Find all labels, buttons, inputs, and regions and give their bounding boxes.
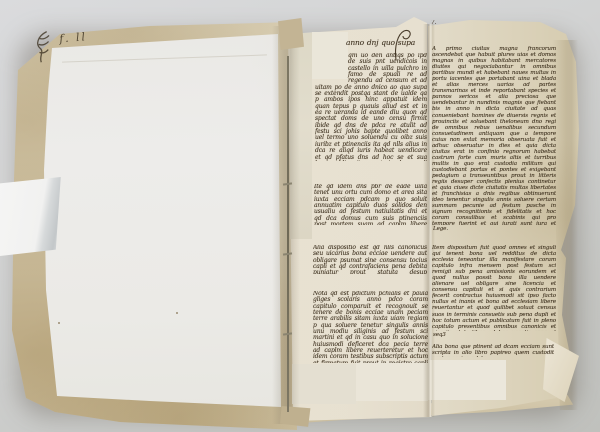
ink-speck xyxy=(176,312,178,314)
manuscript-paragraph: qm uo den antiqs po ipd de suis pnt uend… xyxy=(315,53,427,161)
paper-slip-bookmark xyxy=(0,177,62,256)
sewing-thread xyxy=(287,56,289,412)
paragraph-tail-word: seq3 xyxy=(433,332,473,340)
paragraph-indent xyxy=(315,53,348,80)
shelfmark-text: f. ll xyxy=(59,30,88,45)
spine-top xyxy=(278,18,304,50)
manuscript-paragraph: A primo ciuitas magna francorum ascendeb… xyxy=(432,46,556,225)
manuscript-photo: f. ll anno dnj quo supa qm uo den antiqs… xyxy=(0,0,600,432)
margin-mark: 7. xyxy=(431,20,461,29)
paragraph-tail-word: Lege. xyxy=(433,226,473,234)
manuscript-paragraph: Alia bona que ptinent ad dcam ecciam sun… xyxy=(432,344,554,357)
repair-patch-bottom xyxy=(292,364,356,404)
repair-patch-bottom-right-page xyxy=(428,360,506,400)
ink-speck xyxy=(58,322,60,324)
shelfmark-inscription: f. ll xyxy=(32,17,146,72)
shelfmark-flourish-icon xyxy=(33,29,62,71)
repair-patch-bottom xyxy=(356,361,428,401)
manuscript-paragraph: Ite qd idem dns pbr de eade uilla tenet … xyxy=(314,184,427,225)
heading-line: anno dnj quo supa xyxy=(346,40,426,52)
gutter-shadow xyxy=(272,26,300,424)
manuscript-paragraph: Nota qd est pdictum pchialis et paula gl… xyxy=(313,291,428,363)
manuscript-paragraph: Item dispositum fuit quod omnes et singu… xyxy=(432,245,556,331)
manuscript-paragraph: Alia dispositio est qd nlls canonicus se… xyxy=(313,245,427,274)
